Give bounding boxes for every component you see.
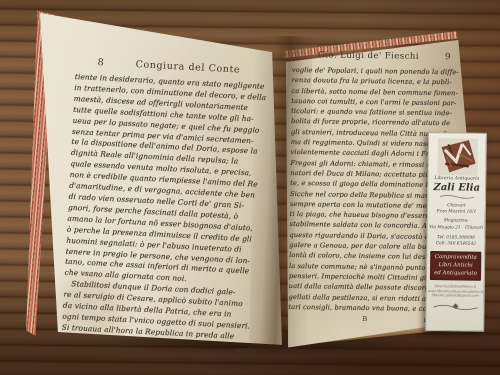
card-banner: Compravendita Libri Antichi ed Antiquari… xyxy=(430,251,481,281)
left-page-lines: tiente in desiderario, quanto era stato … xyxy=(61,72,270,344)
flourish-bottom-icon xyxy=(431,302,479,311)
right-running-header: Gio. Luigi de' Fieschi 9 xyxy=(292,50,453,62)
woodcut-emblem-icon xyxy=(437,138,478,176)
contact-line: libreria.zalielia@gmail.com xyxy=(427,293,483,298)
shop-address: P.zza Mazzini 10/1 xyxy=(436,209,476,216)
shop-mobile: Cell. 340.6346542 xyxy=(436,241,476,248)
right-page-number: 9 xyxy=(445,52,451,62)
right-header-title: Gio. Luigi de' Fieschi xyxy=(292,50,445,62)
photo-scene: 8 Congiura del Conte tiente in desiderar… xyxy=(0,0,500,375)
shop-name: Zali Elia xyxy=(433,182,480,194)
storage-address: Via Maggio 21 - Chiavari xyxy=(429,225,483,232)
left-page-text: 8 Congiura del Conte tiente in desiderar… xyxy=(61,56,272,355)
banner-line: ed Antiquariato xyxy=(430,269,481,278)
card-contact-lines: libreriazalielia@libero.itwww.libreriaan… xyxy=(427,284,483,299)
flourish-divider-icon xyxy=(438,194,476,200)
bookplate-emblem-image xyxy=(437,138,478,176)
bookseller-bookmark-card: Libreria Antiquaria Zali Elia Chiavari P… xyxy=(425,132,487,332)
